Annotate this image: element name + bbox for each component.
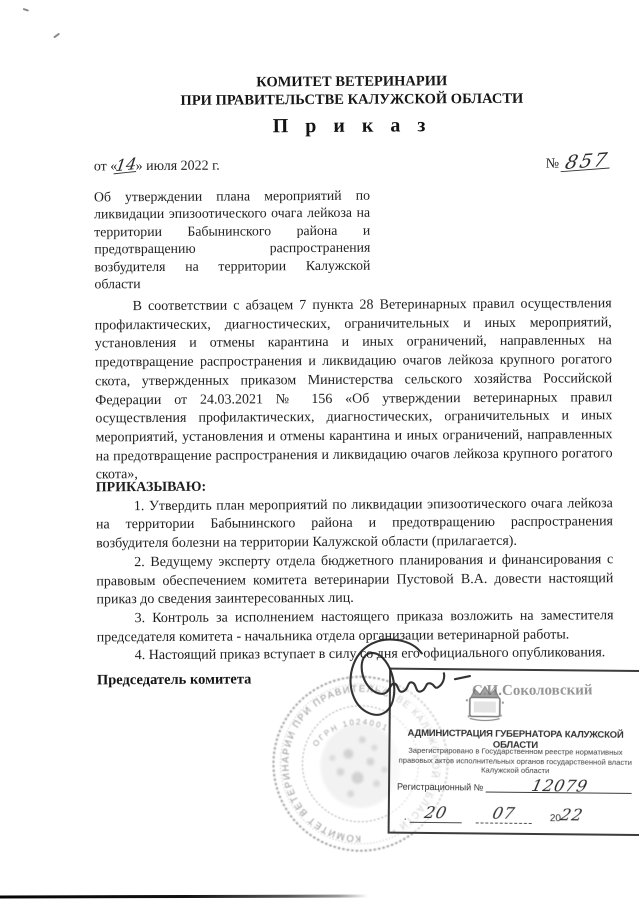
subject-paragraph: Об утверждении плана мероприятий по ликв… [94,187,371,293]
registration-number-row: Регистрационный № 12079 [397,778,633,794]
handwritten-stamp-year: 22 [559,805,586,824]
handwritten-stamp-month: 07 [491,807,516,820]
document-number: № 857 [546,153,611,172]
position-title: Председатель комитета [97,671,252,689]
date-line: от «14» июля 2022 г. [94,158,220,176]
registration-stamp-body: Зарегистрировано в Государственном реест… [394,746,636,777]
handwritten-day: 14 [114,157,139,174]
date-number-row: от «14» июля 2022 г. № 857 [94,153,611,175]
date-suffix: » июля 2022 г. [136,159,220,175]
document-type-title: П р и к а з [93,113,610,139]
handwritten-number: 857 [560,152,613,173]
order-item-2: 2. Ведущему эксперту отдела бюджетного п… [96,551,613,610]
signature [324,635,475,731]
document-content: КОМИТЕТ ВЕТЕРИНАРИИ ПРИ ПРАВИТЕЛЬСТВЕ КА… [0,0,639,905]
scanned-document-page: КОМИТЕТ ВЕТЕРИНАРИИ ПРИ ПРАВИТЕЛЬСТВЕ КА… [0,0,639,905]
preamble-paragraph: В соответствии с абзацем 7 пункта 28 Вет… [95,295,613,485]
scan-speck [23,8,29,12]
stamp-date-mark: . [404,811,407,823]
org-name-line2: ПРИ ПРАВИТЕЛЬСТВЕ КАЛУЖСКОЙ ОБЛАСТИ [93,90,610,111]
scan-speck [53,33,60,38]
org-name-header: КОМИТЕТ ВЕТЕРИНАРИИ ПРИ ПРАВИТЕЛЬСТВЕ КА… [93,72,610,110]
handwritten-stamp-day: 20 [423,806,448,819]
order-item-1: 1. Утвердить план мероприятий по ликвида… [96,495,613,554]
number-label: № [546,157,559,172]
registration-number-label: Регистрационный № [397,782,483,793]
registration-date-row: . 20 07 2022 [404,804,626,825]
handwritten-registration-number: 12079 [486,779,635,794]
